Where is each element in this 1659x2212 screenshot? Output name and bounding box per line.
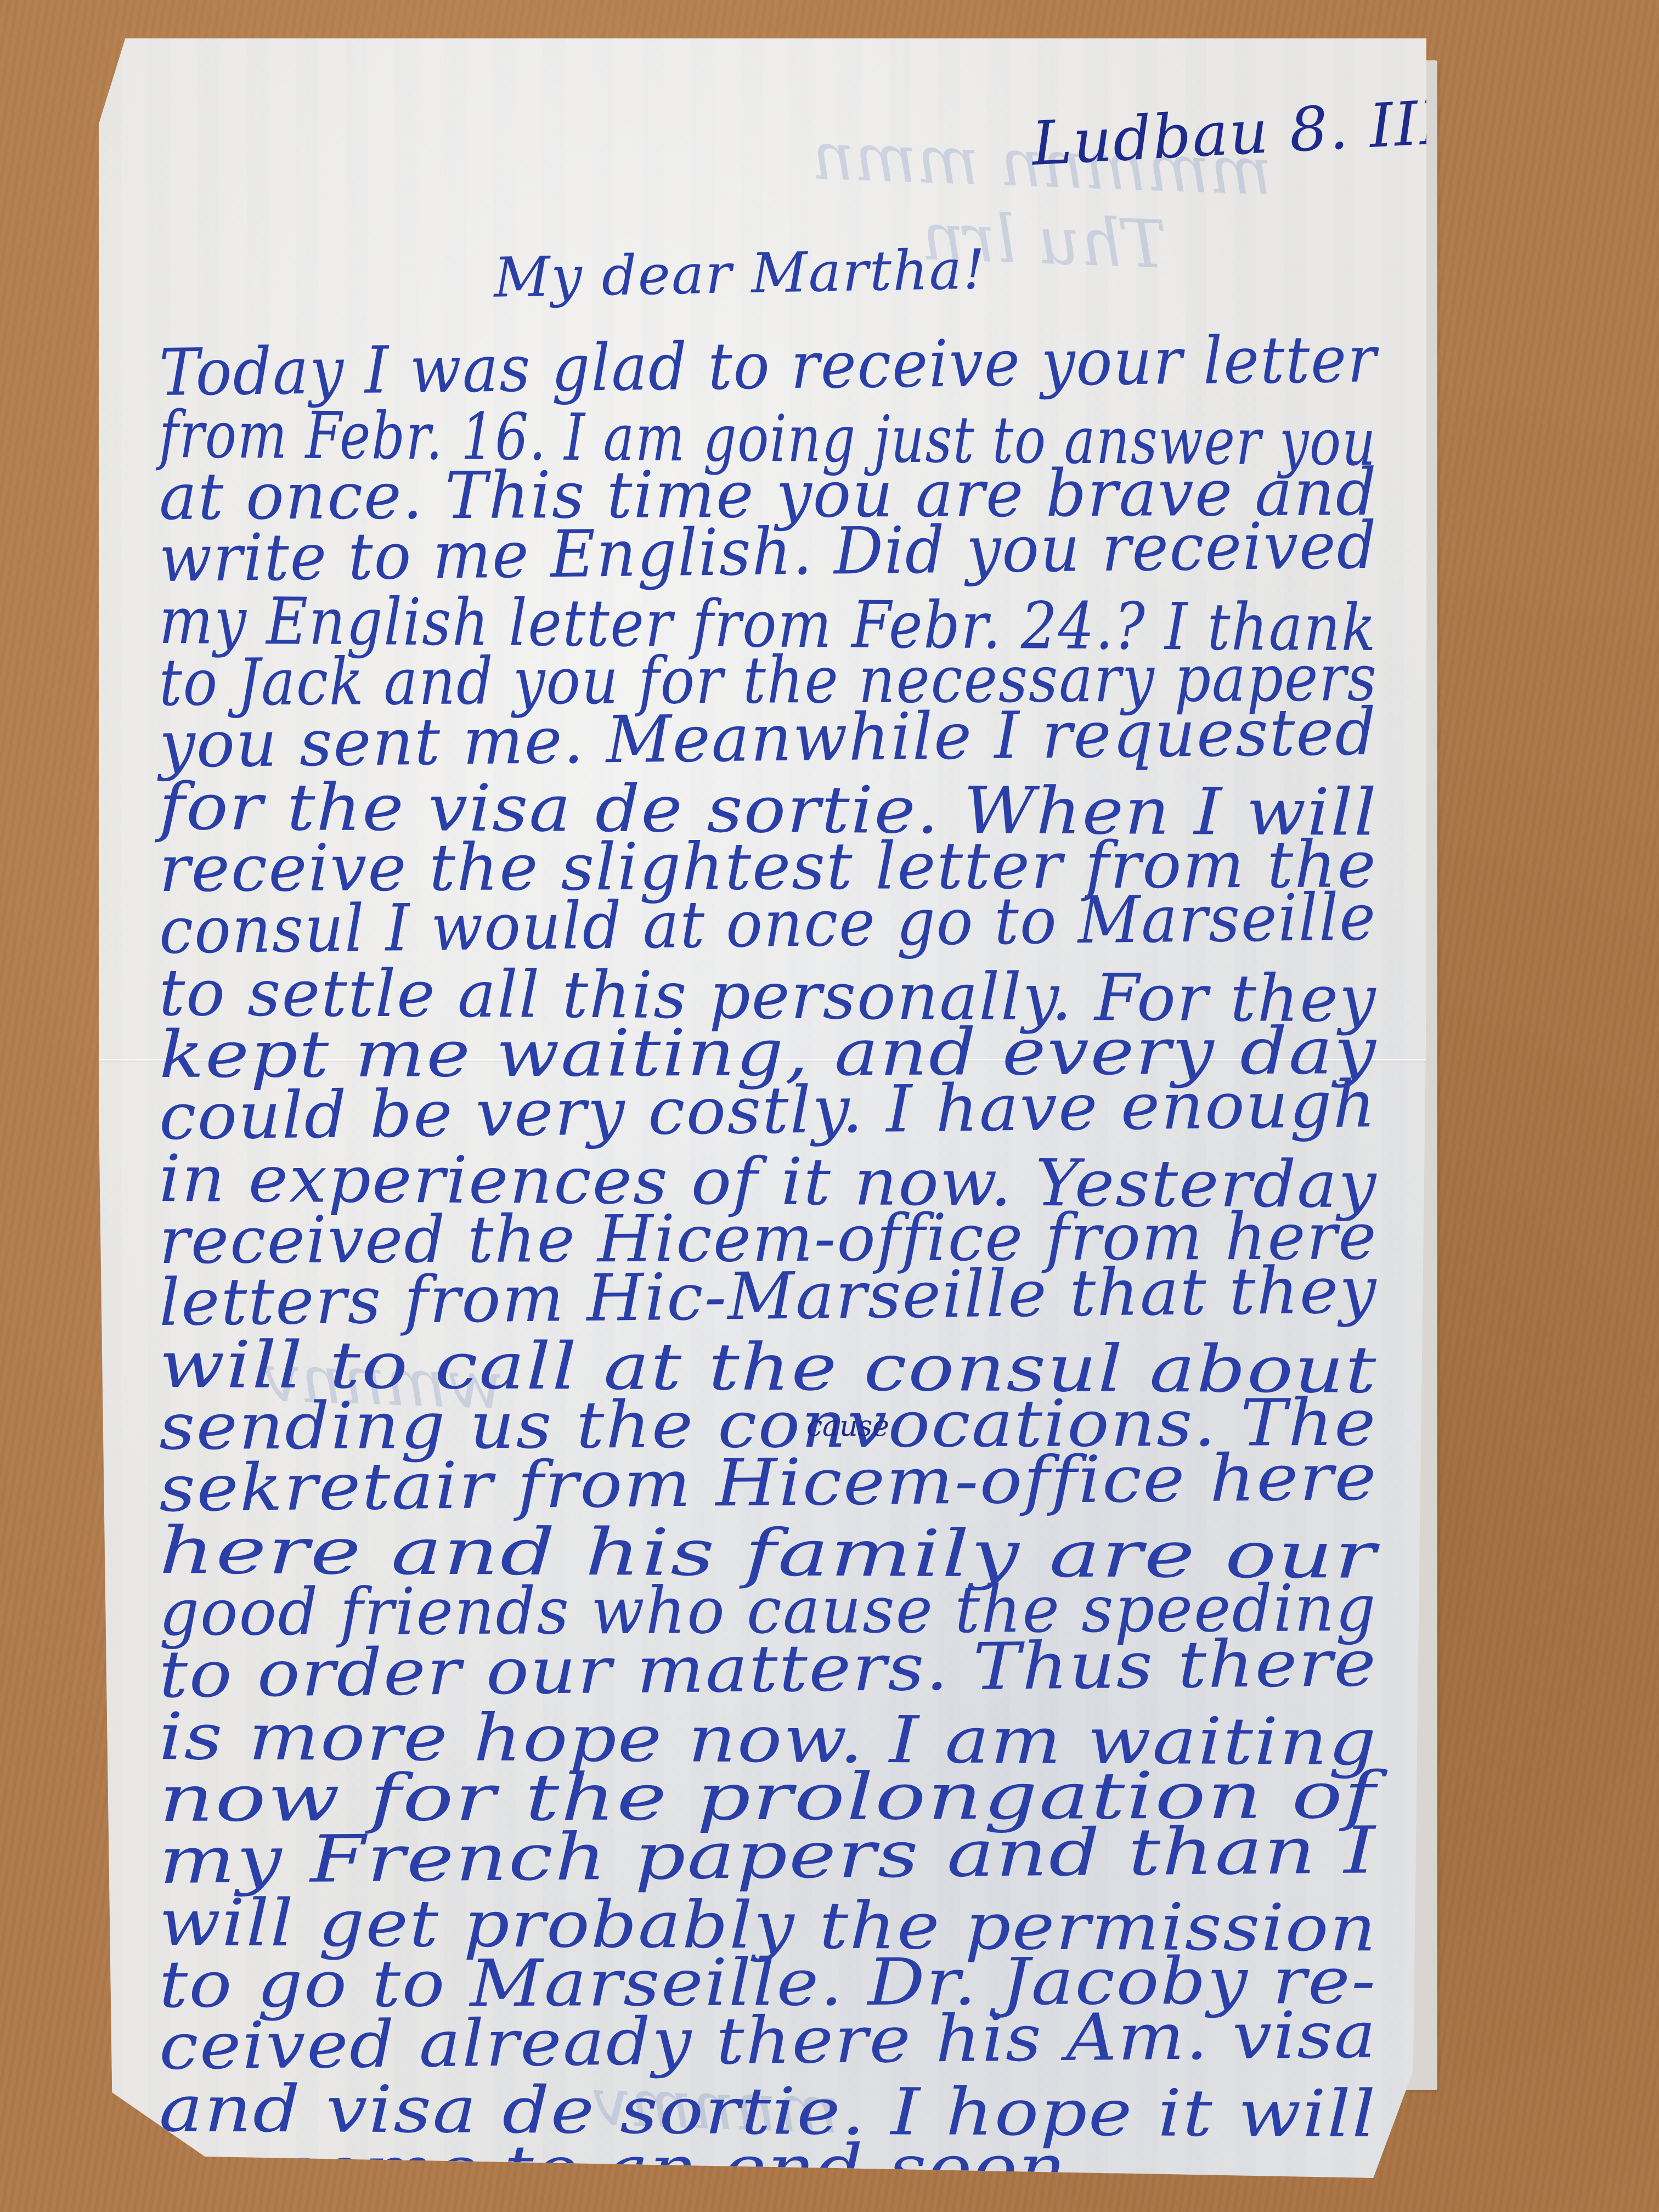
letter-line: write to me English. Did you received: [159, 507, 1378, 596]
salutation: My dear Martha!: [493, 237, 986, 310]
letter-sheet: mmmnn mmn Thu lrn wmnnv mnnmv Ludbau 8. …: [99, 38, 1426, 2178]
place-and-date: Ludbau 8. III 1941: [1030, 78, 1624, 179]
letter-line: Today I was glad to receive your letter: [159, 321, 1378, 410]
letter-line: be come to an end soon.: [159, 2130, 1092, 2208]
letter-line: consul I would at once go to Marseille: [159, 879, 1376, 968]
interlinear-insertion: cause: [806, 1410, 889, 1443]
